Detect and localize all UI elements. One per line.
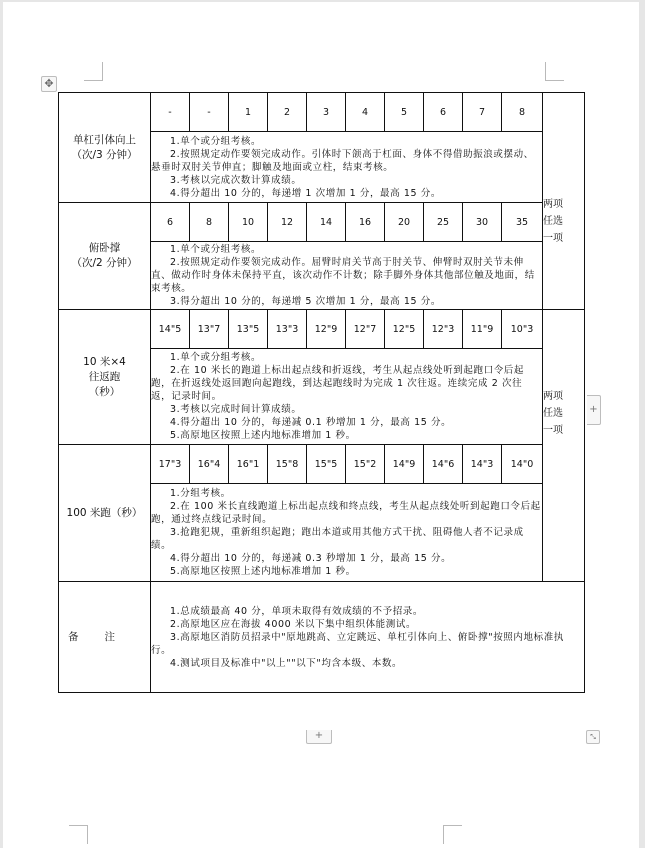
score-cell: 13"5 [229,310,268,349]
margin-corner-bottom-left [69,825,88,844]
score-cell: 12 [268,203,307,242]
margin-corner-top-right [545,62,564,81]
table-resize-handle-icon[interactable]: ⤡ [586,730,600,744]
score-cell: 8 [190,203,229,242]
score-cell: 6 [151,203,190,242]
item-label-shuttle-run: 10 米×4 往返跑 （秒） [59,310,151,445]
score-cell: 10 [229,203,268,242]
score-cell: 14 [307,203,346,242]
score-cell: 12"3 [424,310,463,349]
item-label-pullup: 单杠引体向上 （次/3 分钟） [59,93,151,203]
side-note-line: 两项 [543,388,584,405]
score-cell: 4 [346,93,385,132]
score-cell: 16"1 [229,445,268,484]
rule-line: 1.单个或分组考核。 [151,351,542,364]
rules-cell: 1.分组考核。 2.在 100 米长直线跑道上标出起点线和终点线，考生从起点线处… [151,484,543,582]
score-cell: 15"8 [268,445,307,484]
score-cell: 11"9 [463,310,502,349]
score-cell: 6 [424,93,463,132]
rule-line: 2.在 10 米长的跑道上标出起点线和折返线，考生从起点线处听到起跑口令后起跑，… [151,364,542,403]
score-cell: 8 [502,93,543,132]
score-cell: 15"5 [307,445,346,484]
score-cell: 13"3 [268,310,307,349]
rule-line: 4.得分超出 10 分的，每递增 1 次增加 1 分，最高 15 分。 [151,187,542,200]
score-cell: 17"3 [151,445,190,484]
rule-line: 1.单个或分组考核。 [151,243,542,256]
score-cell: 12"7 [346,310,385,349]
score-cell: 14"0 [502,445,543,484]
score-cell: 14"5 [151,310,190,349]
side-note-group1: 两项 任选 一项 [543,93,585,310]
rules-cell: 1.单个或分组考核。 2.按照规定动作要领完成动作。引体时下颌高于杠面、身体不得… [151,132,543,203]
score-cell: 5 [385,93,424,132]
table-row-pushup-scores: 俯卧撑 （次/2 分钟） 6 8 10 12 14 16 20 25 30 35 [59,203,585,242]
score-cell: 1 [229,93,268,132]
rule-line: 1.单个或分组考核。 [151,135,542,148]
remarks-label: 备注 [59,582,151,693]
score-cell: 13"7 [190,310,229,349]
item-name: 100 米跑（秒） [59,506,150,521]
score-cell: - [190,93,229,132]
item-name: 单杠引体向上 [59,133,150,148]
rules-cell: 1.单个或分组考核。 2.按照规定动作要领完成动作。屈臂时肩关节高于肘关节、伸臂… [151,242,543,310]
margin-corner-top-left [84,62,103,81]
rule-line: 5.高原地区按照上述内地标准增加 1 秒。 [151,429,542,442]
rule-line: 2.在 100 米长直线跑道上标出起点线和终点线，考生从起点线处听到起跑口令后起… [151,500,542,526]
side-note-line: 一项 [543,422,584,439]
side-note-group2: 两项 任选 一项 [543,310,585,582]
side-note-line: 任选 [543,213,584,230]
remark-line: 4.测试项目及标准中"以上""以下"均含本级、本数。 [151,657,584,670]
rule-line: 4.得分超出 10 分的，每递减 0.3 秒增加 1 分，最高 15 分。 [151,552,542,565]
rule-line: 3.考核以完成时间计算成绩。 [151,403,542,416]
item-name: 10 米×4 [59,355,150,370]
remarks-cell: 1.总成绩最高 40 分，单项未取得有效成绩的不予招录。 2.高原地区应在海拔 … [151,582,585,693]
score-cell: 12"5 [385,310,424,349]
table-row-shuttle-scores: 10 米×4 往返跑 （秒） 14"5 13"7 13"5 13"3 12"9 … [59,310,585,349]
remark-line: 1.总成绩最高 40 分，单项未取得有效成绩的不予招录。 [151,605,584,618]
score-cell: - [151,93,190,132]
remark-line: 3.高原地区消防员招录中"原地跳高、立定跳远、单杠引体向上、俯卧撑"按照内地标准… [151,631,584,657]
score-cell: 14"6 [424,445,463,484]
item-unit: （次/3 分钟） [59,148,150,163]
rule-line: 3.抢跑犯规，重新组织起跑；跑出本道或用其他方式干扰、阻碍他人者不记录成绩。 [151,526,542,552]
score-cell: 14"3 [463,445,502,484]
add-column-button[interactable]: + [587,395,601,425]
item-label-100m: 100 米跑（秒） [59,445,151,582]
rule-line: 4.得分超出 10 分的，每递减 0.1 秒增加 1 分，最高 15 分。 [151,416,542,429]
side-note-line: 任选 [543,405,584,422]
score-cell: 12"9 [307,310,346,349]
item-unit: （次/2 分钟） [59,256,150,271]
score-cell: 35 [502,203,543,242]
table-move-handle-icon[interactable]: ✥ [41,76,57,92]
remarks-label-text: 备注 [68,631,141,643]
table-row-pullup-scores: 单杠引体向上 （次/3 分钟） - - 1 2 3 4 5 6 7 8 两项 任… [59,93,585,132]
score-cell: 14"9 [385,445,424,484]
score-cell: 30 [463,203,502,242]
side-note-line: 一项 [543,230,584,247]
rule-line: 3.得分超出 10 分的，每递增 5 次增加 1 分，最高 15 分。 [151,295,542,308]
score-cell: 25 [424,203,463,242]
score-cell: 2 [268,93,307,132]
remark-line: 2.高原地区应在海拔 4000 米以下集中组织体能测试。 [151,618,584,631]
add-row-button[interactable]: + [306,730,332,744]
item-unit: （秒） [59,385,150,400]
fitness-standard-table: 单杠引体向上 （次/3 分钟） - - 1 2 3 4 5 6 7 8 两项 任… [58,92,585,693]
rule-line: 2.按照规定动作要领完成动作。引体时下颌高于杠面、身体不得借助振浪或摆动、悬垂时… [151,148,542,174]
score-cell: 10"3 [502,310,543,349]
side-note-line: 两项 [543,196,584,213]
score-cell: 7 [463,93,502,132]
score-cell: 3 [307,93,346,132]
table-row-100m-scores: 100 米跑（秒） 17"3 16"4 16"1 15"8 15"5 15"2 … [59,445,585,484]
item-label-pushup: 俯卧撑 （次/2 分钟） [59,203,151,310]
item-name-cont: 往返跑 [59,370,150,385]
margin-corner-bottom-right [443,825,462,844]
rule-line: 5.高原地区按照上述内地标准增加 1 秒。 [151,565,542,578]
score-cell: 15"2 [346,445,385,484]
score-cell: 16"4 [190,445,229,484]
rule-line: 2.按照规定动作要领完成动作。屈臂时肩关节高于肘关节、伸臂时双肘关节未伸直、做动… [151,256,542,295]
table-row-remarks: 备注 1.总成绩最高 40 分，单项未取得有效成绩的不予招录。 2.高原地区应在… [59,582,585,693]
score-cell: 16 [346,203,385,242]
score-cell: 20 [385,203,424,242]
rule-line: 3.考核以完成次数计算成绩。 [151,174,542,187]
item-name: 俯卧撑 [59,241,150,256]
rule-line: 1.分组考核。 [151,487,542,500]
rules-cell: 1.单个或分组考核。 2.在 10 米长的跑道上标出起点线和折返线，考生从起点线… [151,349,543,445]
